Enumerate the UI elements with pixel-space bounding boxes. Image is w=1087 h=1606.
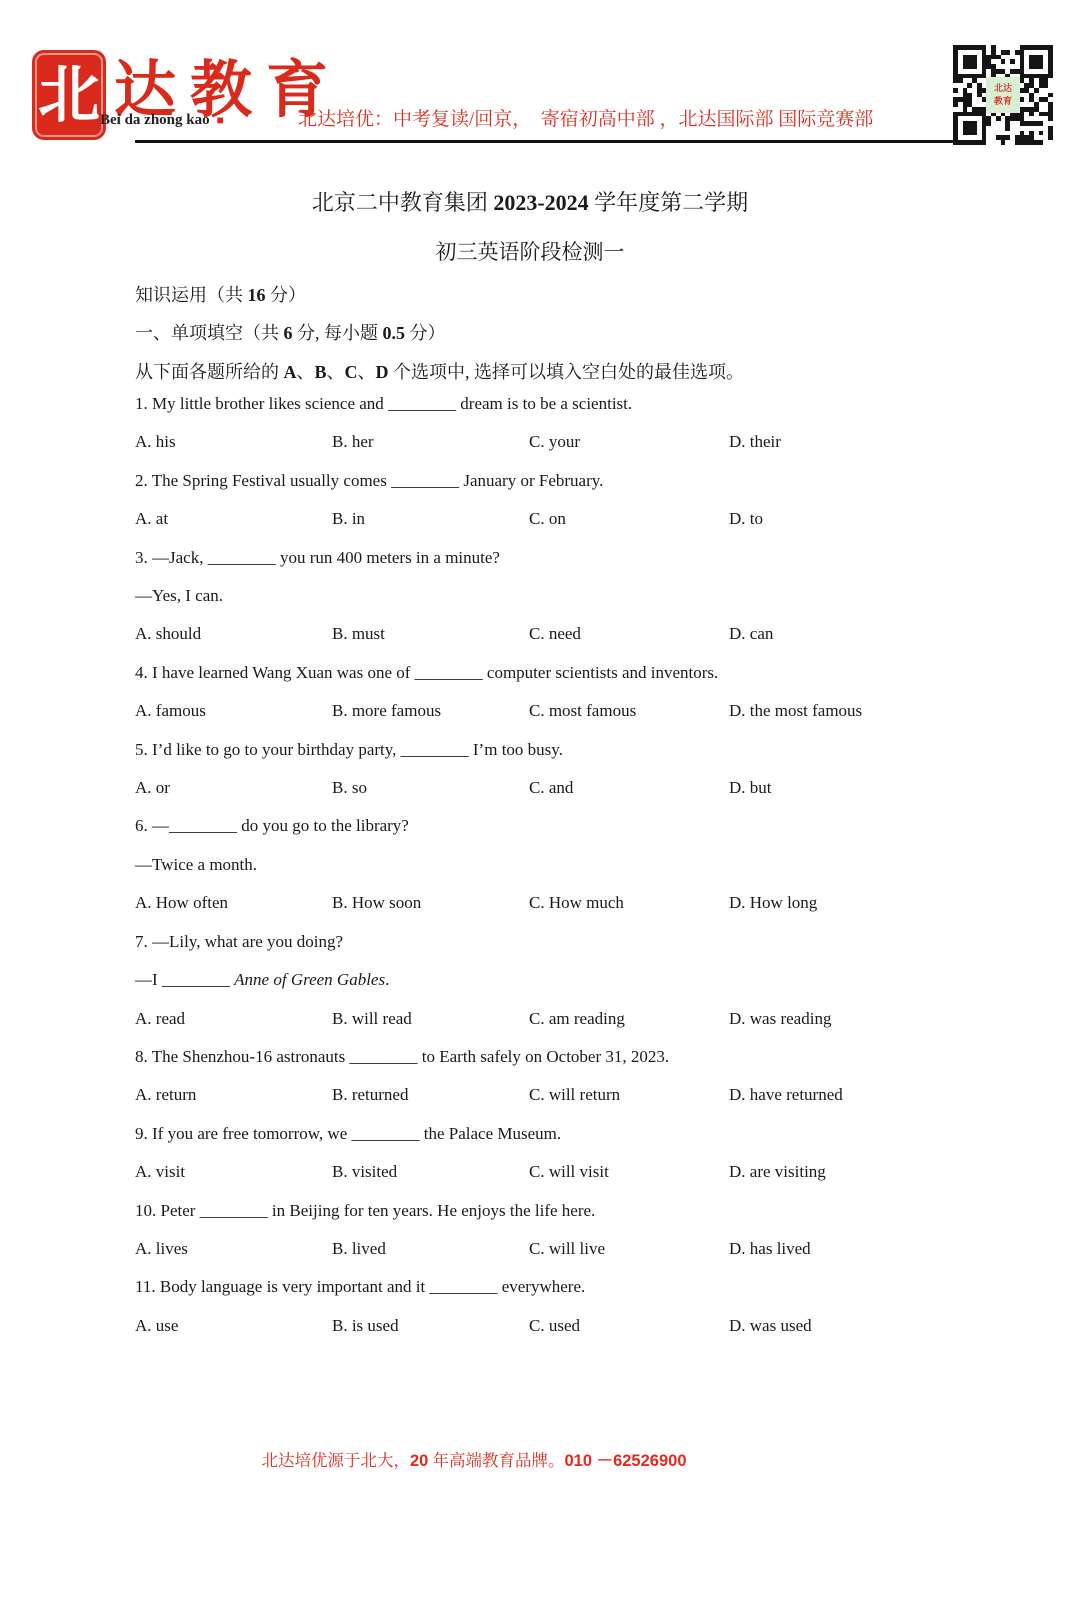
option-b: B. will read — [332, 1000, 529, 1038]
text-segment: 0.5 — [383, 323, 406, 343]
text-segment: 11. Body language is very important and … — [135, 1277, 585, 1296]
question-text: 6. —________ do you go to the library? — [135, 807, 965, 845]
option-d: D. was reading — [729, 1000, 965, 1038]
question-text: 11. Body language is very important and … — [135, 1268, 965, 1306]
exam-title-line1: 北京二中教育集团 2023-2024 学年度第二学期 — [0, 186, 1060, 217]
question-text: 4. I have learned Wang Xuan was one of _… — [135, 654, 965, 692]
option-c: C. need — [529, 615, 729, 653]
questions-list: 1. My little brother likes science and _… — [135, 385, 965, 1345]
text-segment: . — [385, 970, 389, 989]
option-a: A. read — [135, 1000, 332, 1038]
text-segment: 、 — [297, 362, 315, 382]
text-segment: 年高端教育品牌。 — [428, 1451, 564, 1470]
text-segment: —I ________ — [135, 970, 234, 989]
question-text: —Yes, I can. — [135, 577, 965, 615]
option-b: B. visited — [332, 1153, 529, 1191]
options-row: A. atB. inC. onD. to — [135, 500, 965, 538]
qr-module — [1048, 140, 1053, 145]
option-a: A. famous — [135, 692, 332, 730]
text-segment: 北京二中教育集团 — [312, 190, 494, 215]
question-block-8: 8. The Shenzhou-16 astronauts ________ t… — [135, 1038, 965, 1115]
header-divider — [135, 140, 961, 143]
question-block-11: 11. Body language is very important and … — [135, 1268, 965, 1345]
text-segment: 分） — [266, 285, 307, 305]
question-text: —I ________ Anne of Green Gables. — [135, 961, 965, 999]
text-segment: 知识运用（共 — [135, 285, 248, 305]
section-heading: 一、单项填空（共 6 分, 每小题 0.5 分） — [135, 319, 446, 345]
text-segment: 16 — [248, 285, 266, 305]
text-segment: 、 — [358, 362, 376, 382]
text-segment: 一、单项填空（共 — [135, 323, 284, 343]
options-row: A. hisB. herC. yourD. their — [135, 423, 965, 461]
qr-code-label: 北达 教育 — [986, 77, 1020, 113]
text-segment: 6. —________ do you go to the library? — [135, 816, 409, 835]
text-segment: D — [376, 362, 389, 382]
option-a: A. How often — [135, 884, 332, 922]
text-segment: 3. —Jack, ________ you run 400 meters in… — [135, 548, 500, 567]
instructions-line: 从下面各题所给的 A、B、C、D 个选项中, 选择可以填入空白处的最佳选项。 — [135, 358, 744, 384]
text-segment: —Twice a month. — [135, 855, 257, 874]
option-c: C. on — [529, 500, 729, 538]
question-text: 8. The Shenzhou-16 astronauts ________ t… — [135, 1038, 965, 1076]
option-a: A. his — [135, 423, 332, 461]
option-b: B. in — [332, 500, 529, 538]
question-text: 7. —Lily, what are you doing? — [135, 923, 965, 961]
text-segment: C — [345, 362, 358, 382]
option-c: C. will return — [529, 1076, 729, 1114]
option-a: A. or — [135, 769, 332, 807]
option-c: C. most famous — [529, 692, 729, 730]
option-d: D. the most famous — [729, 692, 965, 730]
option-a: A. at — [135, 500, 332, 538]
question-block-1: 1. My little brother likes science and _… — [135, 385, 965, 462]
text-segment: 10. Peter ________ in Beijing for ten ye… — [135, 1201, 595, 1220]
option-a: A. visit — [135, 1153, 332, 1191]
question-text: 2. The Spring Festival usually comes ___… — [135, 462, 965, 500]
exam-title-line2: 初三英语阶段检测一 — [0, 236, 1060, 266]
text-segment: 9. If you are free tomorrow, we ________… — [135, 1124, 561, 1143]
options-row: A. returnB. returnedC. will returnD. hav… — [135, 1076, 965, 1114]
header-tagline: 北达培优：中考复读/回京， 寄宿初高中部 ，北达国际部 国际竞赛部 — [298, 104, 873, 131]
question-text: 1. My little brother likes science and _… — [135, 385, 965, 423]
question-block-4: 4. I have learned Wang Xuan was one of _… — [135, 654, 965, 731]
part-heading: 知识运用（共 16 分） — [135, 281, 306, 307]
text-segment: 个选项中, 选择可以填入空白处的最佳选项。 — [389, 362, 745, 382]
text-segment: 1. My little brother likes science and _… — [135, 394, 632, 413]
qr-label-line2: 教育 — [986, 95, 1020, 109]
option-d: D. their — [729, 423, 965, 461]
option-d: D. How long — [729, 884, 965, 922]
text-segment: 010 －62526900 — [564, 1452, 686, 1470]
brand-subtitle-text: Bei da zhong kao — [100, 112, 210, 128]
text-segment: 8. The Shenzhou-16 astronauts ________ t… — [135, 1047, 669, 1066]
option-c: C. and — [529, 769, 729, 807]
options-row: A. useB. is usedC. usedD. was used — [135, 1307, 965, 1345]
text-segment: 2023-2024 — [493, 190, 588, 215]
text-segment: 5. I’d like to go to your birthday party… — [135, 740, 563, 759]
text-segment: 北达培优源于北大， — [261, 1451, 410, 1470]
option-c: C. your — [529, 423, 729, 461]
text-segment: 20 — [410, 1452, 428, 1470]
question-block-7: 7. —Lily, what are you doing?—I ________… — [135, 923, 965, 1038]
question-text: 3. —Jack, ________ you run 400 meters in… — [135, 539, 965, 577]
option-d: D. has lived — [729, 1230, 965, 1268]
option-a: A. should — [135, 615, 332, 653]
question-text: 5. I’d like to go to your birthday party… — [135, 731, 965, 769]
option-c: C. will visit — [529, 1153, 729, 1191]
brand-square-icon: ■ — [217, 113, 224, 127]
question-block-6: 6. —________ do you go to the library?—T… — [135, 807, 965, 922]
question-block-3: 3. —Jack, ________ you run 400 meters in… — [135, 539, 965, 654]
text-segment: —Yes, I can. — [135, 586, 223, 605]
option-c: C. will live — [529, 1230, 729, 1268]
option-d: D. can — [729, 615, 965, 653]
qr-label-line1: 北达 — [986, 82, 1020, 96]
text-segment: 2. The Spring Festival usually comes ___… — [135, 471, 603, 490]
text-segment: 学年度第二学期 — [589, 190, 749, 215]
brand-seal-logo: 北 — [32, 50, 106, 140]
option-d: D. are visiting — [729, 1153, 965, 1191]
text-segment: Anne of Green Gables — [234, 970, 385, 989]
options-row: A. famousB. more famousC. most famousD. … — [135, 692, 965, 730]
question-text: 10. Peter ________ in Beijing for ten ye… — [135, 1192, 965, 1230]
options-row: A. livesB. livedC. will liveD. has lived — [135, 1230, 965, 1268]
text-segment: 分, 每小题 — [293, 323, 383, 343]
option-d: D. have returned — [729, 1076, 965, 1114]
option-d: D. but — [729, 769, 965, 807]
option-b: B. her — [332, 423, 529, 461]
option-d: D. to — [729, 500, 965, 538]
text-segment: 6 — [284, 323, 293, 343]
option-c: C. am reading — [529, 1000, 729, 1038]
question-block-5: 5. I’d like to go to your birthday party… — [135, 731, 965, 808]
options-row: A. readB. will readC. am readingD. was r… — [135, 1000, 965, 1038]
options-row: A. orB. soC. andD. but — [135, 769, 965, 807]
text-segment: 、 — [327, 362, 345, 382]
option-a: A. use — [135, 1307, 332, 1345]
option-c: C. used — [529, 1307, 729, 1345]
options-row: A. visitB. visitedC. will visitD. are vi… — [135, 1153, 965, 1191]
exam-page: 北 达教育 Bei da zhong kao■ 北达培优：中考复读/回京， 寄宿… — [0, 0, 1087, 1606]
option-a: A. return — [135, 1076, 332, 1114]
option-c: C. How much — [529, 884, 729, 922]
text-segment: A — [284, 362, 297, 382]
option-b: B. more famous — [332, 692, 529, 730]
question-text: —Twice a month. — [135, 846, 965, 884]
option-b: B. How soon — [332, 884, 529, 922]
text-segment: 7. —Lily, what are you doing? — [135, 932, 343, 951]
text-segment: B — [315, 362, 327, 382]
seal-character: 北 — [38, 64, 100, 126]
option-b: B. so — [332, 769, 529, 807]
option-b: B. must — [332, 615, 529, 653]
option-d: D. was used — [729, 1307, 965, 1345]
question-text: 9. If you are free tomorrow, we ________… — [135, 1115, 965, 1153]
options-row: A. shouldB. mustC. needD. can — [135, 615, 965, 653]
option-a: A. lives — [135, 1230, 332, 1268]
question-block-2: 2. The Spring Festival usually comes ___… — [135, 462, 965, 539]
option-b: B. is used — [332, 1307, 529, 1345]
option-b: B. lived — [332, 1230, 529, 1268]
option-b: B. returned — [332, 1076, 529, 1114]
options-row: A. How oftenB. How soonC. How muchD. How… — [135, 884, 965, 922]
footer-text: 北达培优源于北大，20 年高端教育品牌。010 －62526900 — [0, 1447, 948, 1471]
text-segment: 从下面各题所给的 — [135, 362, 284, 382]
text-segment: 分） — [405, 323, 446, 343]
question-block-9: 9. If you are free tomorrow, we ________… — [135, 1115, 965, 1192]
text-segment: 4. I have learned Wang Xuan was one of _… — [135, 663, 718, 682]
question-block-10: 10. Peter ________ in Beijing for ten ye… — [135, 1192, 965, 1269]
brand-subtitle: Bei da zhong kao■ — [100, 112, 224, 129]
